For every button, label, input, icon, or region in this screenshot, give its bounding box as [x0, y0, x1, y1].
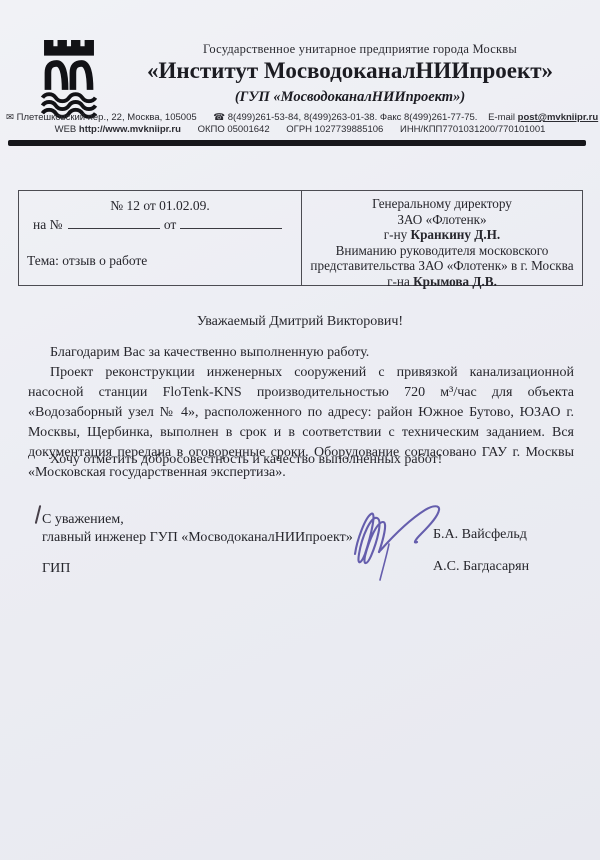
recipient-line: Генеральному директору: [303, 196, 581, 212]
subject-line: Тема: отзыв о работе: [27, 253, 147, 269]
signer-title-2: ГИП: [42, 561, 70, 577]
incoming-date-blank: [180, 215, 282, 229]
recipient-line: г-ну Кранкину Д.Н.: [303, 227, 581, 243]
contact-line-2: WEB http://www.mvkniipr.ru ОКПО 05001642…: [6, 124, 594, 135]
signer-title-1: главный инженер ГУП «МосводоканалНИИпрое…: [42, 530, 353, 546]
recipient-prefix: г-на: [387, 274, 413, 289]
recipient-line: представительства ЗАО «Флотенк» в г. Мос…: [303, 258, 581, 274]
web-label: WEB: [55, 124, 77, 135]
paragraph-1: Благодарим Вас за качественно выполненну…: [28, 343, 574, 363]
phone-numbers: 8(499)261-53-84, 8(499)263-01-38. Факс 8…: [228, 112, 478, 123]
header-rule: [8, 140, 586, 146]
postal-address: Плетешковский пер., 22, Москва, 105005: [17, 112, 197, 123]
org-name: «Институт МосводоканалНИИпроект»: [110, 58, 590, 84]
org-name-alt: (ГУП «МосводоканалНИИпроект»): [110, 89, 590, 106]
phone-icon: ☎: [213, 112, 225, 123]
web-url: http://www.mvkniipr.ru: [79, 124, 181, 135]
recipient-line: Вниманию руководителя московского: [303, 243, 581, 259]
email-address: post@mvkniipr.ru: [518, 112, 599, 123]
recipient-block: Генеральному директору ЗАО «Флотенк» г-н…: [303, 196, 581, 290]
envelope-icon: ✉: [6, 112, 14, 123]
incoming-number-blank: [68, 215, 160, 229]
salutation: Уважаемый Дмитрий Викторович!: [30, 314, 570, 330]
recipient-prefix: г-ну: [384, 227, 411, 242]
outgoing-number: № 12 от 01.02.09.: [19, 198, 301, 214]
ot-label: от: [164, 217, 176, 232]
regards-line: С уважением,: [42, 512, 124, 528]
mosvodokanal-logo-icon: [30, 38, 108, 120]
ogrn-number: ОГРН 1027739885106: [286, 124, 383, 135]
recipient-line: г-на Крымова Д.В.: [303, 274, 581, 290]
paragraph-3: Хочу отметить добросовестность и качеств…: [28, 450, 574, 470]
reference-block: № 12 от 01.02.09. на № от Тема: отзыв о …: [18, 190, 583, 286]
pen-mark: [35, 505, 42, 524]
recipient-name: Кранкину Д.Н.: [411, 227, 501, 242]
email-label: E-mail: [488, 112, 515, 123]
okpo-number: ОКПО 05001642: [198, 124, 270, 135]
recipient-name: Крымова Д.В.: [413, 274, 497, 289]
recipient-line: ЗАО «Флотенк»: [303, 212, 581, 228]
reference-divider: [301, 191, 302, 285]
org-type-line: Государственное унитарное предприятие го…: [130, 42, 590, 57]
signer-name-2: А.С. Багдасарян: [433, 559, 529, 575]
scanned-letter-page: Государственное унитарное предприятие го…: [0, 0, 600, 860]
handwritten-signature: [337, 492, 447, 587]
na-label: на №: [33, 217, 62, 232]
contact-line-1: ✉ Плетешковский пер., 22, Москва, 105005…: [6, 112, 594, 123]
signer-name-1: Б.А. Вайсфельд: [433, 527, 527, 543]
inn-kpp-number: ИНН/КПП7701031200/770101001: [400, 124, 545, 135]
incoming-number-line: на № от: [33, 215, 301, 233]
